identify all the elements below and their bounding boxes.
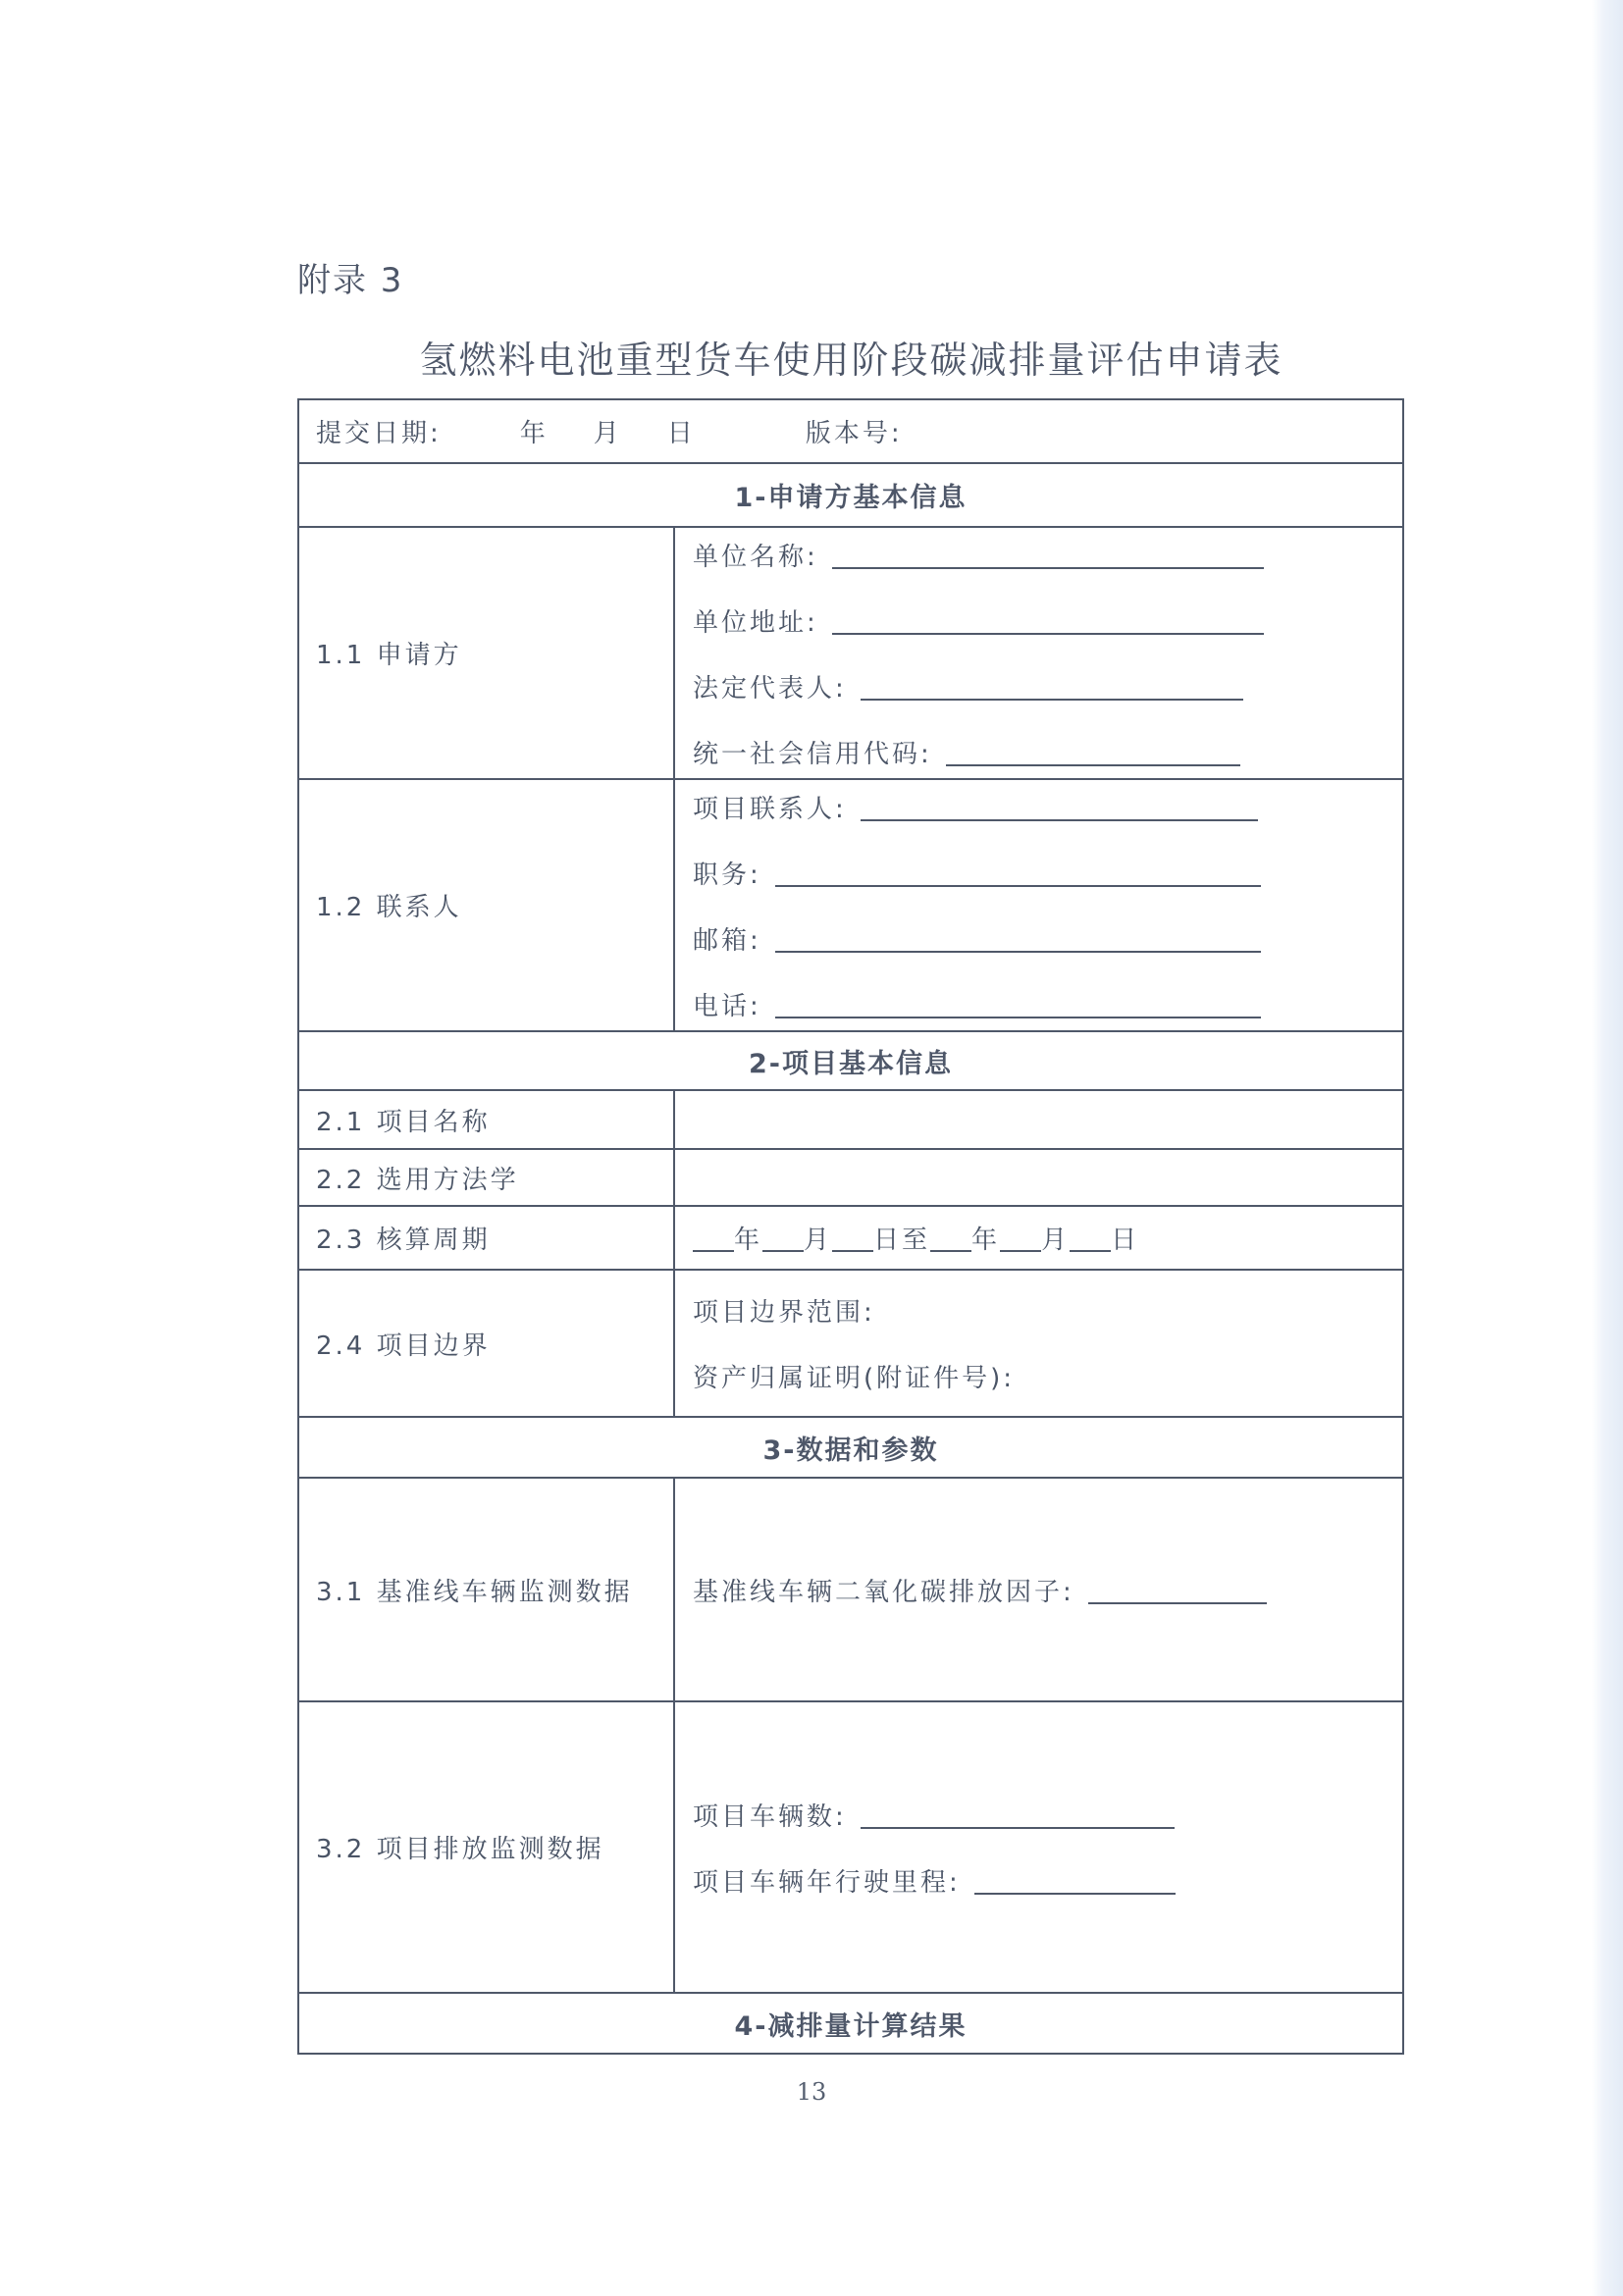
credit-code-input[interactable]: [946, 743, 1240, 766]
project-contact-field[interactable]: 项目联系人:: [693, 789, 1258, 825]
applicant-fields: 单位名称: 单位地址: 法定代表人: 统一社会信用代码:: [675, 528, 1402, 778]
methodology-input[interactable]: [675, 1150, 1402, 1205]
year-label: 年: [520, 413, 549, 449]
company-name-label: 单位名称:: [693, 537, 818, 573]
methodology-label: 2.2 选用方法学: [299, 1150, 675, 1205]
project-name-label: 2.1 项目名称: [299, 1091, 675, 1148]
boundary-scope-label: 项目边界范围:: [693, 1292, 875, 1329]
day-to-label: 日至: [873, 1220, 930, 1256]
company-address-input[interactable]: [832, 611, 1264, 635]
project-emission-fields: 项目车辆数: 项目车辆年行驶里程:: [675, 1702, 1402, 1992]
company-name-field[interactable]: 单位名称:: [693, 537, 1264, 573]
baseline-co2-factor-input[interactable]: [1088, 1581, 1267, 1604]
baseline-co2-factor-field[interactable]: 基准线车辆二氧化碳排放因子:: [693, 1572, 1267, 1608]
project-boundary-fields[interactable]: 项目边界范围: 资产归属证明(附证件号):: [675, 1271, 1402, 1416]
annual-mileage-label: 项目车辆年行驶里程:: [693, 1862, 961, 1899]
start-year-blank[interactable]: [693, 1228, 734, 1252]
applicant-row: 1.1 申请方 单位名称: 单位地址: 法定代表人: 统一社会信用代码:: [299, 526, 1402, 778]
scan-edge-shadow: [1592, 0, 1623, 2296]
vehicle-count-label: 项目车辆数:: [693, 1797, 847, 1833]
section-2-header: 2-项目基本信息: [299, 1030, 1402, 1089]
project-emission-label: 3.2 项目排放监测数据: [299, 1702, 675, 1992]
annual-mileage-input[interactable]: [974, 1871, 1176, 1895]
vehicle-count-field[interactable]: 项目车辆数:: [693, 1797, 1175, 1833]
asset-ownership-label: 资产归属证明(附证件号):: [693, 1358, 1015, 1394]
month-label: 月: [1041, 1220, 1070, 1256]
email-field[interactable]: 邮箱:: [693, 920, 1261, 957]
section-4-header: 4-减排量计算结果: [299, 1992, 1402, 2053]
end-day-blank[interactable]: [1070, 1228, 1111, 1252]
company-address-label: 单位地址:: [693, 602, 818, 639]
contact-row: 1.2 联系人 项目联系人: 职务: 邮箱: 电话:: [299, 778, 1402, 1030]
position-input[interactable]: [775, 863, 1261, 887]
appendix-label: 附录 3: [297, 253, 403, 301]
day-label: 日: [1111, 1220, 1139, 1256]
form-title: 氢燃料电池重型货车使用阶段碳减排量评估申请表: [294, 330, 1408, 384]
year-label: 年: [734, 1220, 762, 1256]
baseline-co2-factor-label: 基准线车辆二氧化碳排放因子:: [693, 1572, 1074, 1608]
phone-field[interactable]: 电话:: [693, 986, 1261, 1022]
section-4-title: 4-减排量计算结果: [299, 1994, 1402, 2053]
year-label: 年: [971, 1220, 1000, 1256]
start-day-blank[interactable]: [832, 1228, 873, 1252]
baseline-data-row: 3.1 基准线车辆监测数据 基准线车辆二氧化碳排放因子:: [299, 1477, 1402, 1700]
company-name-input[interactable]: [832, 546, 1264, 569]
month-label: 月: [804, 1220, 832, 1256]
submission-row: 提交日期: 年 月 日 版本号:: [299, 400, 1402, 462]
start-month-blank[interactable]: [762, 1228, 804, 1252]
vehicle-count-input[interactable]: [861, 1805, 1175, 1829]
phone-label: 电话:: [693, 986, 761, 1022]
project-emission-row: 3.2 项目排放监测数据 项目车辆数: 项目车辆年行驶里程:: [299, 1700, 1402, 1992]
project-contact-label: 项目联系人:: [693, 789, 847, 825]
section-2-title: 2-项目基本信息: [299, 1032, 1402, 1089]
methodology-row: 2.2 选用方法学: [299, 1148, 1402, 1205]
project-boundary-row: 2.4 项目边界 项目边界范围: 资产归属证明(附证件号):: [299, 1269, 1402, 1416]
company-address-field[interactable]: 单位地址:: [693, 602, 1264, 639]
contact-fields: 项目联系人: 职务: 邮箱: 电话:: [675, 780, 1402, 1030]
phone-input[interactable]: [775, 995, 1261, 1018]
legal-rep-input[interactable]: [861, 677, 1243, 701]
page-number: 13: [0, 2078, 1623, 2106]
accounting-period-label: 2.3 核算周期: [299, 1207, 675, 1269]
version-label: 版本号:: [806, 413, 903, 449]
legal-rep-field[interactable]: 法定代表人:: [693, 668, 1243, 704]
submission-date-label: 提交日期:: [316, 413, 442, 449]
legal-rep-label: 法定代表人:: [693, 668, 847, 704]
section-1-header: 1-申请方基本信息: [299, 462, 1402, 526]
end-year-blank[interactable]: [930, 1228, 971, 1252]
position-label: 职务:: [693, 855, 761, 891]
accounting-period-input[interactable]: 年 月 日至 年 月 日: [675, 1207, 1402, 1269]
section-3-title: 3-数据和参数: [299, 1418, 1402, 1477]
baseline-data-label: 3.1 基准线车辆监测数据: [299, 1479, 675, 1700]
project-boundary-label: 2.4 项目边界: [299, 1271, 675, 1416]
contact-label: 1.2 联系人: [299, 780, 675, 1030]
credit-code-label: 统一社会信用代码:: [693, 734, 932, 770]
day-label: 日: [667, 413, 696, 449]
project-contact-input[interactable]: [861, 798, 1258, 821]
period-fields: 年 月 日至 年 月 日: [693, 1220, 1139, 1256]
month-label: 月: [594, 413, 622, 449]
submission-date-cell[interactable]: 提交日期: 年 月 日 版本号:: [299, 400, 1402, 462]
position-field[interactable]: 职务:: [693, 855, 1261, 891]
email-label: 邮箱:: [693, 920, 761, 957]
email-input[interactable]: [775, 929, 1261, 953]
project-name-input[interactable]: [675, 1091, 1402, 1148]
applicant-label: 1.1 申请方: [299, 528, 675, 778]
project-name-row: 2.1 项目名称: [299, 1089, 1402, 1148]
application-form-table: 提交日期: 年 月 日 版本号: 1-申请方基本信息 1.1 申请方 单位名称:…: [297, 398, 1404, 2055]
accounting-period-row: 2.3 核算周期 年 月 日至 年 月 日: [299, 1205, 1402, 1269]
baseline-data-fields: 基准线车辆二氧化碳排放因子:: [675, 1479, 1402, 1700]
section-3-header: 3-数据和参数: [299, 1416, 1402, 1477]
end-month-blank[interactable]: [1000, 1228, 1041, 1252]
annual-mileage-field[interactable]: 项目车辆年行驶里程:: [693, 1862, 1176, 1899]
section-1-title: 1-申请方基本信息: [299, 464, 1402, 526]
credit-code-field[interactable]: 统一社会信用代码:: [693, 734, 1240, 770]
